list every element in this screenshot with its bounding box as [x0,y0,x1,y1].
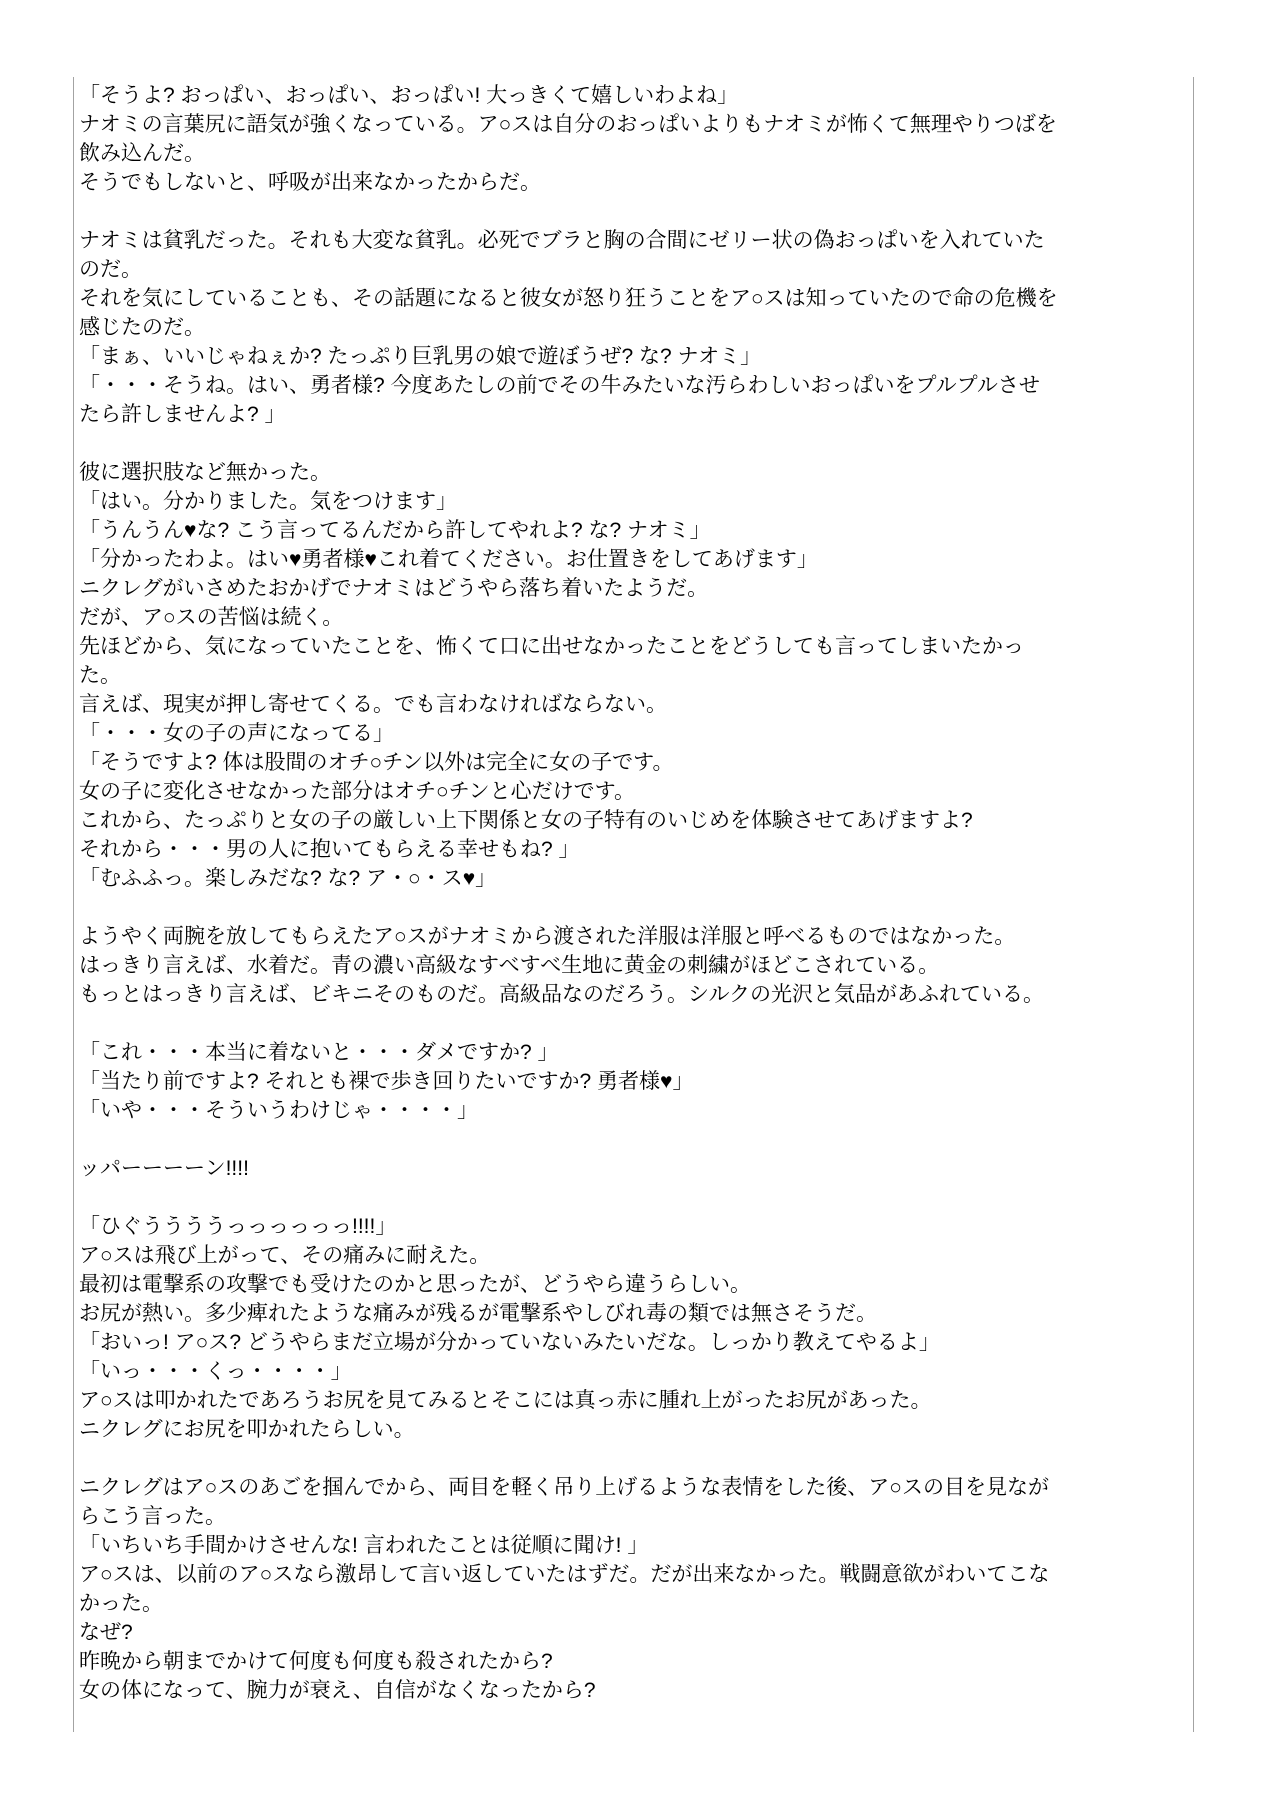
text-line [79,893,1188,922]
text-line: ニクレグにお尻を叩かれたらしい。 [79,1415,1188,1444]
text-line: 「そうですよ? 体は股間のオチ○チン以外は完全に女の子です。 [79,748,1188,777]
text-line: 女の子に変化させなかった部分はオチ○チンと心だけです。 [79,777,1188,806]
text-line: 最初は電撃系の攻撃でも受けたのかと思ったが、どうやら違うらしい。 [79,1270,1188,1299]
text-line: なぜ? [79,1618,1188,1647]
text-line [79,1444,1188,1473]
story-text-frame: 「そうよ? おっぱい、おっぱい、おっぱい! 大っきくて嬉しいわよね」ナオミの言葉… [73,77,1194,1732]
text-line: だが、ア○スの苦悩は続く。 [79,603,1188,632]
text-line: た。 [79,661,1188,690]
text-line: それから・・・男の人に抱いてもらえる幸せもね? 」 [79,835,1188,864]
text-line [79,429,1188,458]
text-line: 「いちいち手間かけさせんな! 言われたことは従順に聞け! 」 [79,1531,1188,1560]
text-line: はっきり言えば、水着だ。青の濃い高級なすべすべ生地に黄金の刺繍がほどこされている… [79,951,1188,980]
text-line: これから、たっぷりと女の子の厳しい上下関係と女の子特有のいじめを体験させてあげま… [79,806,1188,835]
text-line: ようやく両腕を放してもらえたア○スがナオミから渡された洋服は洋服と呼べるものでは… [79,922,1188,951]
text-line: そうでもしないと、呼吸が出来なかったからだ。 [79,168,1188,197]
text-line: ナオミの言葉尻に語気が強くなっている。ア○スは自分のおっぱいよりもナオミが怖くて… [79,110,1188,139]
text-line: 彼に選択肢など無かった。 [79,458,1188,487]
text-line: ア○スは叩かれたであろうお尻を見てみるとそこには真っ赤に腫れ上がったお尻があった… [79,1386,1188,1415]
text-line: 言えば、現実が押し寄せてくる。でも言わなければならない。 [79,690,1188,719]
text-column: 「そうよ? おっぱい、おっぱい、おっぱい! 大っきくて嬉しいわよね」ナオミの言葉… [79,81,1188,1705]
text-line: 「当たり前ですよ? それとも裸で歩き回りたいですか? 勇者様♥」 [79,1067,1188,1096]
text-line: 先ほどから、気になっていたことを、怖くて口に出せなかったことをどうしても言ってし… [79,632,1188,661]
text-line: 「おいっ! ア○ス? どうやらまだ立場が分かっていないみたいだな。しっかり教えて… [79,1328,1188,1357]
text-line: それを気にしていることも、その話題になると彼女が怒り狂うことをア○スは知っていた… [79,284,1188,313]
text-line: 感じたのだ。 [79,313,1188,342]
text-line: ニクレグはア○スのあごを掴んでから、両目を軽く吊り上げるような表情をした後、ア○… [79,1473,1188,1502]
text-line: ッパーーーーン!!!! [79,1154,1188,1183]
text-line: 「・・・女の子の声になってる」 [79,719,1188,748]
text-line: たら許しませんよ? 」 [79,400,1188,429]
text-line: 「分かったわよ。はい♥勇者様♥これ着てください。お仕置きをしてあげます」 [79,545,1188,574]
text-line: 「むふふっ。楽しみだな? な? ア・○・ス♥」 [79,864,1188,893]
text-line: 「うんうん♥な? こう言ってるんだから許してやれよ? な? ナオミ」 [79,516,1188,545]
text-line: かった。 [79,1589,1188,1618]
text-line [79,197,1188,226]
text-line: ナオミは貧乳だった。それも大変な貧乳。必死でブラと胸の合間にゼリー状の偽おっぱい… [79,226,1188,255]
text-line: 飲み込んだ。 [79,139,1188,168]
text-line: 「いや・・・そういうわけじゃ・・・・」 [79,1096,1188,1125]
text-line: 「ひぐううううっっっっっっ!!!!」 [79,1212,1188,1241]
text-line: ア○スは飛び上がって、その痛みに耐えた。 [79,1241,1188,1270]
text-line: お尻が熱い。多少痺れたような痛みが残るが電撃系やしびれ毒の類では無さそうだ。 [79,1299,1188,1328]
text-line: 「・・・そうね。はい、勇者様? 今度あたしの前でその牛みたいな汚らわしいおっぱい… [79,371,1188,400]
text-line [79,1009,1188,1038]
text-line: 昨晩から朝までかけて何度も何度も殺されたから? [79,1647,1188,1676]
text-line: ニクレグがいさめたおかげでナオミはどうやら落ち着いたようだ。 [79,574,1188,603]
text-line: もっとはっきり言えば、ビキニそのものだ。高級品なのだろう。シルクの光沢と気品があ… [79,980,1188,1009]
text-line [79,1125,1188,1154]
text-line: 「まぁ、いいじゃねぇか? たっぷり巨乳男の娘で遊ぼうぜ? な? ナオミ」 [79,342,1188,371]
text-line: らこう言った。 [79,1502,1188,1531]
text-line [79,1183,1188,1212]
text-line: 「そうよ? おっぱい、おっぱい、おっぱい! 大っきくて嬉しいわよね」 [79,81,1188,110]
text-line: のだ。 [79,255,1188,284]
text-line: ア○スは、以前のア○スなら激昂して言い返していたはずだ。だが出来なかった。戦闘意… [79,1560,1188,1589]
text-line: 女の体になって、腕力が衰え、自信がなくなったから? [79,1676,1188,1705]
text-line: 「これ・・・本当に着ないと・・・ダメですか? 」 [79,1038,1188,1067]
text-line: 「はい。分かりました。気をつけます」 [79,487,1188,516]
text-line: 「いっ・・・くっ・・・・」 [79,1357,1188,1386]
